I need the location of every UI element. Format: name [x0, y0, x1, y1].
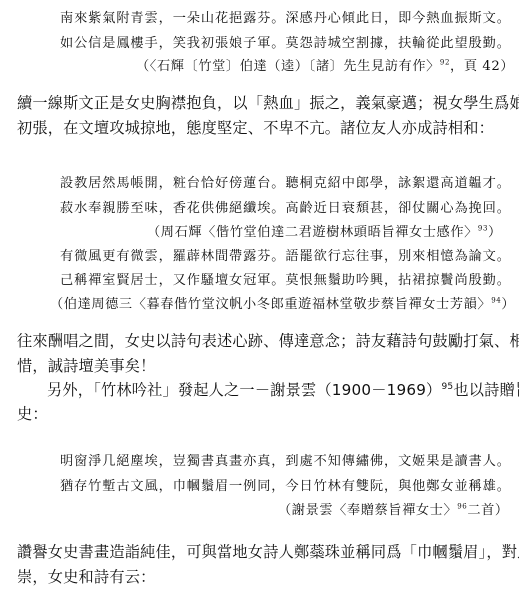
- citation-text: （周石輝〈偕竹堂伯達二君遊樹林頭晤旨禪女士感作〉: [147, 225, 478, 240]
- footnote-marker: 95: [441, 382, 453, 392]
- citation-tail: ）: [501, 297, 515, 312]
- footnote-marker: 92: [440, 59, 450, 67]
- citation-text: （謝景雲〈奉贈蔡旨禪女士〉: [278, 503, 457, 518]
- citation-text: （伯達周德三〈暮春偕竹堂汶帆小冬郎重遊福林堂敬步蔡旨禪女士芳韻〉: [50, 297, 491, 312]
- poem1-citation: （〈石輝〔竹堂〕伯達（逵）〔諸〕先生見訪有作〉92，頁 42）: [136, 55, 514, 74]
- indent-text-a: 另外，「竹林吟社」發起人之一－謝景雲（1900－1969）: [47, 381, 441, 399]
- poem2-citation: （周石輝〈偕竹堂伯達二君遊樹林頭晤旨禪女士感作〉93）: [147, 221, 502, 240]
- para1-line-1: 續一線斯文正是女史胸襟抱負，以「熱血」振之，義氣豪邁；視女學生爲娘子軍: [17, 92, 519, 113]
- para2-indent-line: 另外，「竹林吟社」發起人之一－謝景雲（1900－1969）95也以詩贈旨禪女: [47, 379, 519, 400]
- poem3-line-1: 有微風更有微雲，羅薜林間帶露芬。語罷欲行忘往事，別來相憶為論文。: [60, 245, 511, 264]
- footnote-marker: 94: [491, 297, 501, 305]
- citation-tail: ）: [488, 225, 502, 240]
- para2-last-line: 史：: [17, 403, 48, 424]
- citation-text: （〈石輝〔竹堂〕伯達（逵）〔諸〕先生見訪有作〉: [136, 59, 440, 74]
- poem3-citation: （伯達周德三〈暮春偕竹堂汶帆小冬郎重遊福林堂敬步蔡旨禪女士芳韻〉94）: [50, 293, 515, 312]
- para2-line-1: 往來酬唱之間，女史以詩句表述心跡、傳達意念；詩友藉詩句鼓勵打氣、相知相: [17, 330, 519, 351]
- para1-line-2: 初張，在文壇攻城掠地，態度堅定、不卑不亢。諸位友人亦成詩相和：: [17, 117, 494, 138]
- poem4-line-1: 明窗淨几絕塵埃，豈獨書真畫亦真，到處不知傳繡佛，文姬果是讀書人。: [60, 450, 511, 469]
- poem2-line-1: 設教居然馬帳開，粧台恰好傍蓮台。聽桐克紹中郎學，詠絮還高道韞才。: [60, 172, 511, 191]
- footnote-marker: 96: [457, 503, 467, 511]
- poem2-line-2: 菽水奉親勝至味，香花供佛絕纖埃。高齡近日衰頹甚，卻仗關心為挽回。: [60, 197, 511, 216]
- citation-tail: ，頁 42）: [450, 59, 514, 74]
- para3-line-1: 讚譽女史書畫造詣純佳，可與當地女詩人鄭蘂珠並稱同爲「巾幗鬚眉」，對此推: [17, 541, 519, 562]
- poem4-citation: （謝景雲〈奉贈蔡旨禪女士〉96二首）: [278, 499, 509, 518]
- poem1-line-1: 南來紫氣附青雲，一朵山花挹露芬。深感丹心傾此日，即今熱血振斯文。: [60, 7, 511, 26]
- poem3-line-2: 己稱禪室賢居士，又作騷壇女冠軍。莫恨無鬚助吟興，拈裙掠鬢尚殷勤。: [60, 269, 511, 288]
- para2-line-2: 惜，誠詩壇美事矣！: [17, 355, 156, 376]
- citation-tail: 二首）: [467, 503, 508, 518]
- para3-line-2: 崇，女史和詩有云：: [17, 566, 156, 587]
- footnote-marker: 93: [478, 225, 488, 233]
- poem1-line-2: 如公信是鳳樓手，笑我初張娘子軍。莫怨詩城空割據，扶輪從此望殷勤。: [60, 32, 511, 51]
- indent-text-b: 也以詩贈旨禪女: [453, 381, 519, 399]
- poem4-line-2: 猶存竹塹古文風，巾幗鬚眉一例同，今日竹林有雙阮，與他鄭女並稱雄。: [60, 475, 511, 494]
